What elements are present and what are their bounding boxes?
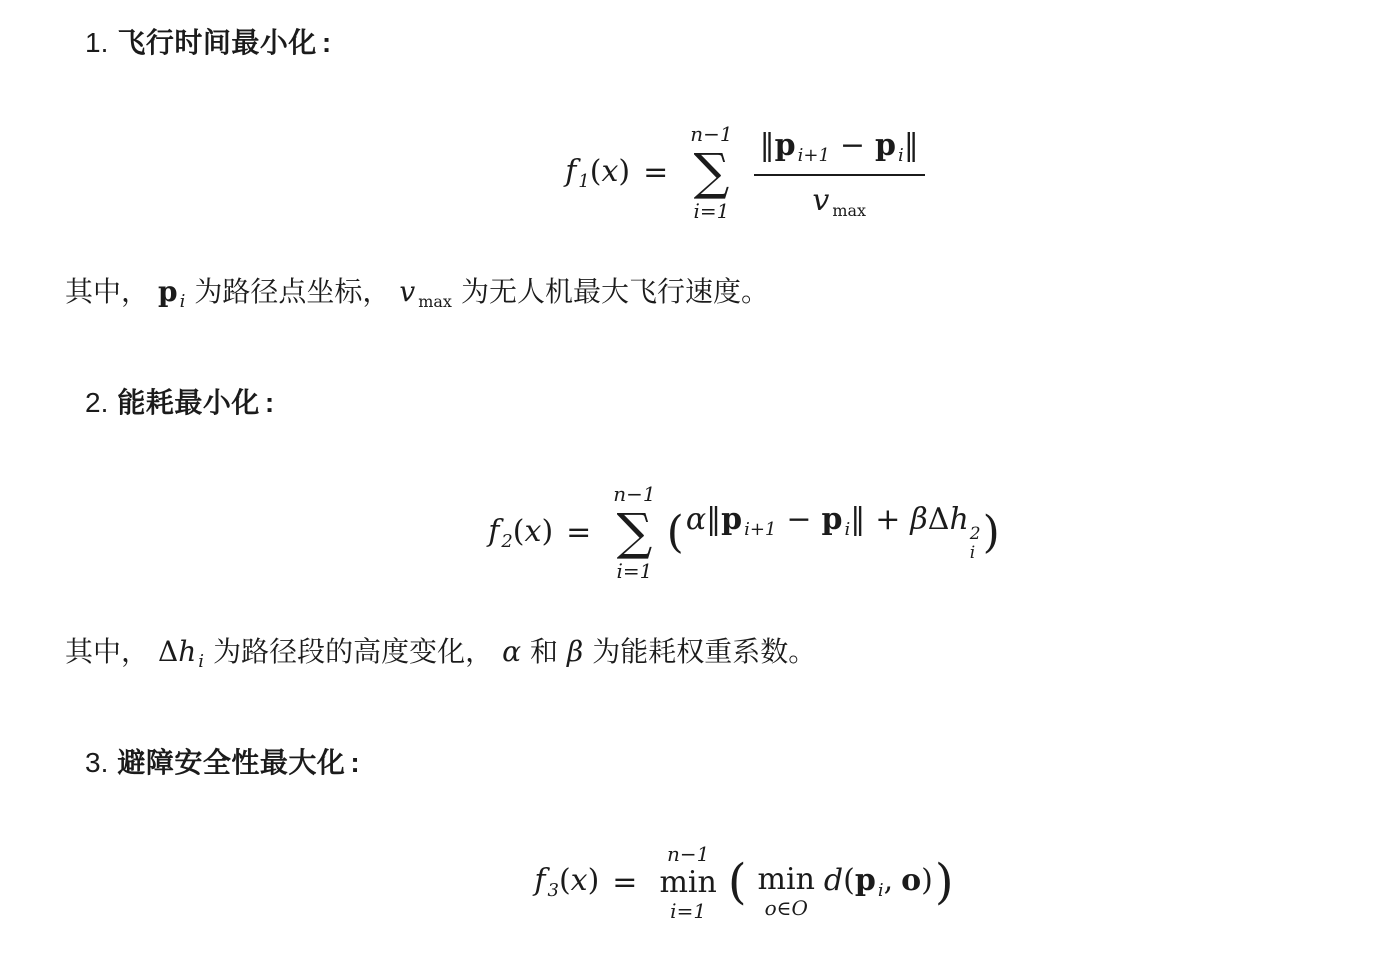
section-1-heading: 1.飞行时间最小化:	[85, 25, 1380, 60]
math-bold-p: p	[855, 863, 876, 898]
inline-math-alpha: α	[502, 635, 521, 668]
big-left-paren: (	[667, 511, 684, 555]
min-body: d(pi,o)	[824, 863, 933, 901]
math-bold-p: p	[721, 502, 742, 537]
list-number: 1.	[85, 27, 108, 58]
heading-colon: :	[350, 747, 359, 778]
math-bold-p: p	[875, 128, 896, 163]
norm-bars: ‖	[904, 128, 919, 163]
inline-math-p-i: pi	[158, 275, 185, 308]
fraction-numerator: ‖pi+1−pi‖	[754, 126, 925, 176]
inline-math-v-max: vmax	[399, 275, 452, 308]
minus-sign: −	[840, 128, 865, 163]
norm-bars: ‖	[850, 502, 865, 537]
document: 1.飞行时间最小化: f1(x) = n−1 ∑ i=1 ‖pi+1−pi‖ v…	[0, 0, 1380, 921]
sum-lower-limit: i=1	[693, 201, 729, 221]
math-sub: max	[418, 292, 452, 311]
heading-colon: :	[322, 27, 331, 58]
math-var-v: v	[399, 275, 415, 308]
min-lower-limit: o∈O	[765, 898, 808, 918]
paren: )	[921, 863, 933, 898]
sum-upper-limit: n−1	[690, 124, 732, 144]
paren: (	[513, 514, 525, 549]
math-bold-p: p	[158, 275, 178, 308]
section-3-heading: 3.避障安全性最大化:	[85, 745, 1380, 780]
math-alpha: α	[502, 635, 521, 668]
paren: (	[559, 863, 571, 898]
section-2-heading: 2.能耗最小化:	[85, 385, 1380, 420]
heading-colon: :	[265, 387, 274, 418]
min-word: min	[758, 861, 815, 898]
math-var-f: f	[488, 514, 499, 549]
list-number: 2.	[85, 387, 108, 418]
math-sub: 1	[578, 171, 589, 192]
sum-upper-limit: n−1	[613, 484, 655, 504]
inline-math-beta: β	[567, 635, 583, 668]
equals-sign: =	[612, 865, 637, 900]
min-word: min	[659, 864, 716, 901]
fraction: ‖pi+1−pi‖ vmax	[754, 126, 925, 220]
section-2-title: 能耗最小化	[117, 387, 260, 418]
big-right-paren: )	[983, 511, 1000, 555]
sum-icon: ∑	[617, 504, 653, 561]
paren: (	[843, 863, 855, 898]
inline-math-delta-h: Δhi	[158, 635, 204, 668]
math-sub: i+1	[798, 145, 830, 166]
equals-sign: =	[643, 155, 668, 190]
math-sub: i	[878, 880, 884, 901]
paren: )	[541, 514, 553, 549]
math-bold-p: p	[822, 502, 843, 537]
summation-operator: n−1 ∑ i=1	[690, 124, 732, 221]
section-flight-time: 1.飞行时间最小化: f1(x) = n−1 ∑ i=1 ‖pi+1−pi‖ v…	[0, 25, 1380, 321]
note-text: 其中，	[65, 276, 149, 307]
summation-operator: n−1 ∑ i=1	[613, 484, 655, 581]
note-text: 和	[530, 636, 558, 667]
math-sub: i+1	[744, 519, 776, 540]
note-text: 为路径段的高度变化，	[213, 636, 493, 667]
math-delta: Δ	[158, 635, 178, 668]
paren: )	[588, 863, 600, 898]
math-var-f: f	[534, 863, 545, 898]
math-var-x: x	[601, 154, 618, 189]
section-obstacle-safety: 3.避障安全性最大化: f3(x) = n−1 min i=1 ( min o∈…	[0, 745, 1380, 921]
big-right-paren: )	[935, 858, 954, 906]
equals-sign: =	[566, 515, 591, 550]
paren: (	[590, 154, 602, 189]
math-bold-p: p	[775, 128, 796, 163]
list-number: 3.	[85, 747, 108, 778]
section-1-title: 飞行时间最小化	[117, 27, 317, 58]
math-delta: Δ	[928, 502, 950, 537]
note-text: 为路径点坐标，	[194, 276, 390, 307]
norm-bars: ‖	[760, 128, 775, 163]
math-beta: β	[567, 635, 583, 668]
equation-lhs: f3(x)	[534, 863, 599, 901]
norm-bars: ‖	[706, 502, 721, 537]
math-alpha: α	[686, 502, 706, 537]
math-var-x: x	[571, 863, 588, 898]
math-beta: β	[910, 502, 927, 537]
section-energy: 2.能耗最小化: f2(x) = n−1 ∑ i=1 ( α‖pi+1−pi‖+…	[0, 385, 1380, 681]
math-sup: 2	[970, 525, 981, 544]
fraction-denominator: vmax	[812, 176, 866, 220]
equation-1: f1(x) = n−1 ∑ i=1 ‖pi+1−pi‖ vmax	[565, 124, 925, 221]
math-var-h: h	[949, 502, 968, 537]
paren: )	[618, 154, 630, 189]
sum-icon: ∑	[694, 144, 730, 201]
comma: ,	[884, 863, 894, 898]
note-text: 其中，	[65, 636, 149, 667]
minus-sign: −	[786, 502, 811, 537]
sum-body: α‖pi+1−pi‖+βΔh2i	[686, 502, 981, 563]
math-bold-o: o	[901, 863, 921, 898]
math-var-d: d	[824, 863, 843, 898]
math-sub: 2	[501, 531, 512, 552]
big-left-paren: (	[728, 858, 747, 906]
math-sub: i	[970, 544, 975, 563]
sum-lower-limit: i=1	[617, 561, 653, 581]
equation-lhs: f2(x)	[488, 514, 553, 552]
min-lower-limit: i=1	[670, 901, 706, 921]
note-text: 为无人机最大飞行速度。	[461, 276, 769, 307]
equation-2: f2(x) = n−1 ∑ i=1 ( α‖pi+1−pi‖+βΔh2i )	[488, 484, 1002, 581]
math-var-h: h	[178, 635, 196, 668]
min-operator-outer: n−1 min i=1	[659, 844, 716, 921]
math-sub: i	[198, 651, 204, 672]
math-sub: i	[180, 291, 186, 312]
equation-3: f3(x) = n−1 min i=1 ( min o∈O d(pi,o) )	[534, 844, 955, 921]
note-2: 其中，Δhi为路径段的高度变化，α和β为能耗权重系数。	[65, 633, 1380, 681]
min-upper-limit: n−1	[667, 844, 709, 864]
math-sub: 3	[547, 880, 558, 901]
plus-sign: +	[875, 502, 900, 537]
equation-lhs: f1(x)	[565, 154, 630, 192]
math-var-f: f	[565, 154, 576, 189]
math-var-x: x	[525, 514, 542, 549]
math-sub: max	[832, 201, 866, 220]
section-3-title: 避障安全性最大化	[117, 747, 345, 778]
formula-1-flight-time: f1(x) = n−1 ∑ i=1 ‖pi+1−pi‖ vmax	[0, 124, 1380, 221]
formula-3-safety: f3(x) = n−1 min i=1 ( min o∈O d(pi,o) )	[0, 844, 1380, 921]
note-1: 其中，pi为路径点坐标，vmax为无人机最大飞行速度。	[65, 273, 1380, 321]
math-var-v: v	[812, 183, 829, 218]
stacked-scripts: 2i	[970, 525, 981, 563]
min-operator-inner: min o∈O	[758, 847, 815, 918]
formula-2-energy: f2(x) = n−1 ∑ i=1 ( α‖pi+1−pi‖+βΔh2i )	[0, 484, 1380, 581]
note-text: 为能耗权重系数。	[592, 636, 816, 667]
